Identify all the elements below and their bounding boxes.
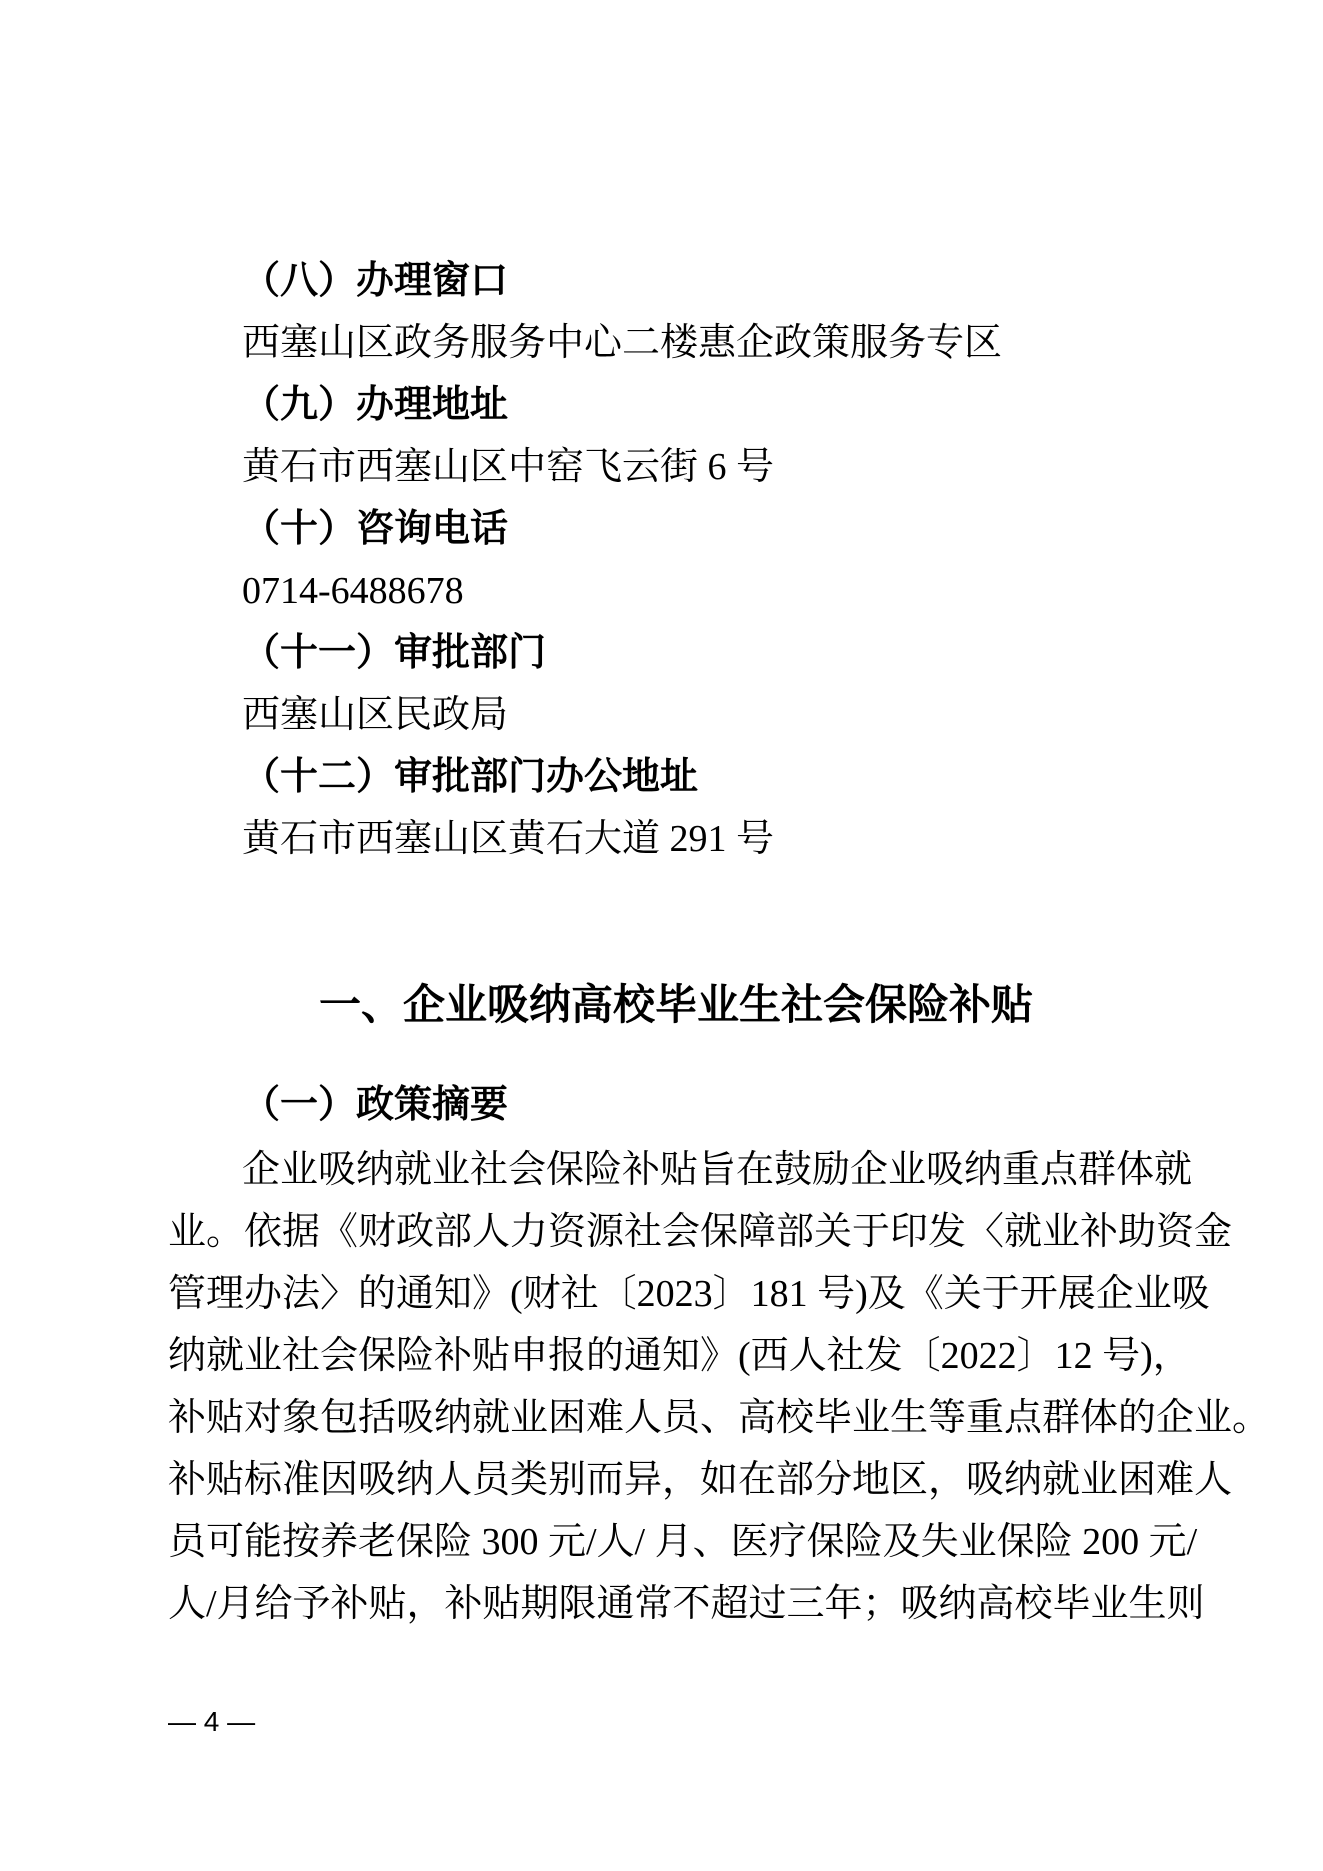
info-line-phone-value: 0714-6488678	[168, 560, 1184, 622]
paragraph-line: 补贴对象包括吸纳就业困难人员、高校毕业生等重点群体的企业。	[168, 1387, 1184, 1449]
info-line-dept-address-value: 黄石市西塞山区黄石大道 291 号	[168, 808, 1184, 870]
info-line-window-value: 西塞山区政务服务中心二楼惠企政策服务专区	[168, 312, 1184, 374]
policy-summary-paragraph: 企业吸纳就业社会保险补贴旨在鼓励企业吸纳重点群体就 业。依据《财政部人力资源社会…	[168, 1139, 1184, 1635]
sub-heading-phone: （十）咨询电话	[168, 498, 1184, 560]
sub-heading-dept-address: （十二）审批部门办公地址	[168, 746, 1184, 808]
sub-heading-approval-dept: （十一）审批部门	[168, 622, 1184, 684]
document-page: （八）办理窗口 西塞山区政务服务中心二楼惠企政策服务专区 （九）办理地址 黄石市…	[0, 0, 1323, 1871]
sub-heading-policy-summary: （一）政策摘要	[168, 1074, 1184, 1136]
info-section-list: （八）办理窗口 西塞山区政务服务中心二楼惠企政策服务专区 （九）办理地址 黄石市…	[168, 250, 1184, 870]
paragraph-line: 员可能按养老保险 300 元/人/ 月、医疗保险及失业保险 200 元/	[168, 1511, 1184, 1573]
paragraph-line: 补贴标准因吸纳人员类别而异，如在部分地区，吸纳就业困难人	[168, 1449, 1184, 1511]
sub-heading-window: （八）办理窗口	[168, 250, 1184, 312]
info-line-address-value: 黄石市西塞山区中窑飞云街 6 号	[168, 436, 1184, 498]
chapter-title: 一、企业吸纳高校毕业生社会保险补贴	[168, 974, 1184, 1036]
page-number: — 4 —	[168, 1706, 255, 1738]
paragraph-line: 人/月给予补贴，补贴期限通常不超过三年；吸纳高校毕业生则	[168, 1573, 1184, 1635]
paragraph-line: 业。依据《财政部人力资源社会保障部关于印发〈就业补助资金	[168, 1201, 1184, 1263]
sub-heading-address: （九）办理地址	[168, 374, 1184, 436]
paragraph-line: 企业吸纳就业社会保险补贴旨在鼓励企业吸纳重点群体就	[168, 1139, 1184, 1201]
document-content: （八）办理窗口 西塞山区政务服务中心二楼惠企政策服务专区 （九）办理地址 黄石市…	[168, 250, 1184, 1635]
info-line-approval-dept-value: 西塞山区民政局	[168, 684, 1184, 746]
paragraph-line: 纳就业社会保险补贴申报的通知》(西人社发〔2022〕12 号)，	[168, 1325, 1184, 1387]
paragraph-line: 管理办法〉的通知》(财社〔2023〕181 号)及《关于开展企业吸	[168, 1263, 1184, 1325]
